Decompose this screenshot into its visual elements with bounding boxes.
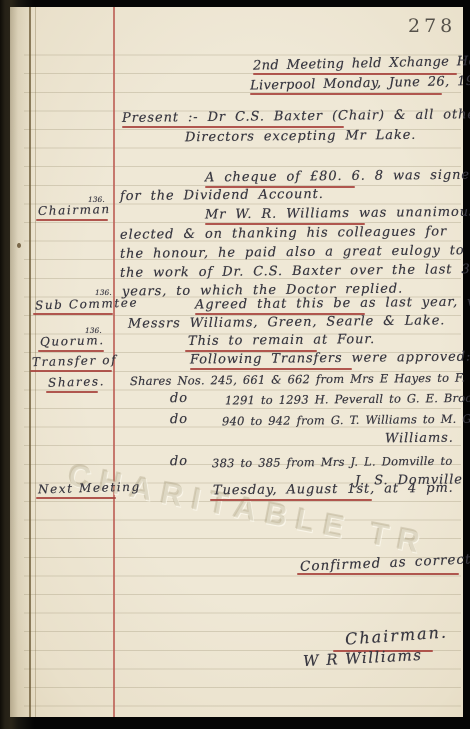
book-binding-shadow xyxy=(0,0,34,729)
minute-book-photo: CHARITABLE TR 278 2nd Meeting held Xchan… xyxy=(0,0,470,729)
red-underline xyxy=(36,497,116,499)
red-underline xyxy=(30,370,112,372)
williams-signature: W R Williams xyxy=(303,646,423,670)
margin-note-transfer-of: Transfer of xyxy=(32,353,118,369)
chairman-line-2: elected & on thanking his colleagues for xyxy=(120,224,447,242)
transfer-entry-4: 383 to 385 from Mrs J. L. Domville to xyxy=(212,454,453,471)
red-underline xyxy=(297,573,459,575)
transfer-entry-2-ditto: do xyxy=(170,391,188,406)
cheque-line-2: for the Dividend Account. xyxy=(120,187,324,204)
chairman-signature: Chairman. xyxy=(344,622,448,648)
quorum-line-1: This to remain at Four. xyxy=(188,332,375,349)
red-underline xyxy=(205,223,365,225)
margin-note-subcommittee: Sub Commtee xyxy=(35,296,139,313)
subcommittee-line-1: Agreed that this be as last year, viz, xyxy=(195,294,470,312)
transfers-line-1: Following Transfers were approved:- xyxy=(190,350,470,368)
transfer-entry-3-ditto: do xyxy=(170,412,188,427)
heading-line-2: Liverpool Monday, June 26, 1950 xyxy=(250,73,470,93)
red-underline xyxy=(250,93,442,95)
page-number: 278 xyxy=(408,15,456,37)
margin-note-quorum: Quorum. xyxy=(40,333,105,349)
subcommittee-line-2: Messrs Williams, Green, Searle & Lake. xyxy=(128,313,445,331)
red-underline xyxy=(36,219,108,221)
cheque-line-1: A cheque of £80. 6. 8 was signed xyxy=(205,168,470,186)
minute-book-page: CHARITABLE TR 278 2nd Meeting held Xchan… xyxy=(10,7,463,717)
next-meeting-line: Tuesday, August 1st, at 4 pm. xyxy=(213,481,454,499)
transfer-entry-1: Shares Nos. 245, 661 & 662 from Mrs E Ha… xyxy=(130,370,470,388)
transfer-entry-2: 1291 to 1293 H. Peverall to G. E. Brooke… xyxy=(225,391,470,408)
chairman-line-3: the honour, he paid also a great eulogy … xyxy=(120,243,465,262)
red-underline xyxy=(190,368,352,370)
red-underline xyxy=(210,499,372,501)
present-line-2: Directors excepting Mr Lake. xyxy=(185,128,416,145)
margin-note-shares: Shares. xyxy=(48,374,105,390)
red-underline xyxy=(38,350,104,352)
margin-note-chairman: Chairman xyxy=(38,202,111,218)
transfer-entry-3b: Williams. xyxy=(385,431,454,447)
chairman-line-4: the work of Dr. C.S. Baxter over the las… xyxy=(120,262,470,281)
red-underline xyxy=(46,391,98,393)
transfer-entry-3: 940 to 942 from G. T. Williams to M. G. xyxy=(222,412,470,429)
margin-note-next-meeting: Next Meeting xyxy=(38,480,141,497)
present-line-1: Present :- Dr C.S. Baxter (Chair) & all … xyxy=(122,107,470,126)
red-underline xyxy=(33,313,113,315)
transfer-entry-4-ditto: do xyxy=(170,454,188,469)
red-underline xyxy=(122,126,344,128)
confirmed-line: Confirmed as correct. xyxy=(300,551,470,575)
heading-line-1: 2nd Meeting held Xchange Hotel, xyxy=(253,53,470,73)
chairman-line-1: Mr W. R. Williams was unanimously xyxy=(205,205,470,223)
